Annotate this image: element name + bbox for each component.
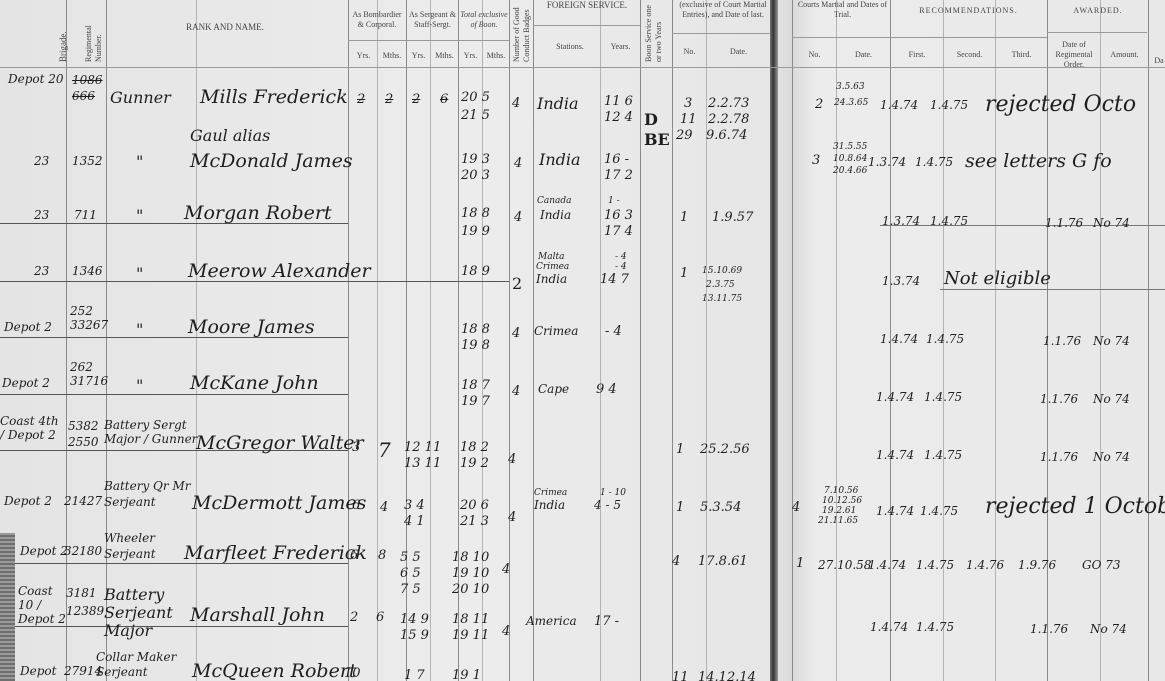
header-sgt-yrs: Yrs. (407, 51, 430, 61)
rank: " (136, 376, 143, 395)
regimental-number: 5382 2550 (68, 418, 106, 450)
defaulter-no-2: 11 (680, 112, 697, 127)
soldier-name: Mills Frederick (200, 86, 348, 108)
cm-no: 4 (792, 500, 800, 515)
badges: 4 (502, 562, 510, 577)
soldier-name: Marfleet Frederick (184, 542, 367, 564)
bomb-yrs: 6 (352, 498, 360, 513)
cm-no: 2 (815, 97, 823, 112)
station-2: Crimea (536, 262, 569, 272)
brigade: Depot 2 (2, 376, 50, 390)
bomb-yrs: 3 (352, 440, 360, 455)
header-defaulters: (exclusive of Court Martial Entries), an… (676, 0, 770, 20)
header-awarded: AWARDED. (1048, 6, 1148, 16)
header-total-mths: Mths. (483, 51, 509, 61)
remark: see letters G fo (965, 150, 1112, 172)
defaulter-date-1: 2.2.73 (708, 96, 749, 111)
soldier-name: McDermott James (192, 492, 366, 514)
award-amount: No 74 (1093, 392, 1130, 406)
header-rank-and-name: RANK AND NAME. (150, 22, 300, 32)
header-rec-third: Third. (996, 50, 1047, 60)
header-subrule (792, 37, 1047, 38)
header-as-bombardier: As Bombardier & Corporal. (349, 10, 405, 30)
bomb-yrs: 6 (350, 548, 358, 563)
badges: 4 (512, 96, 520, 111)
brigade: Depot 2 (20, 544, 68, 558)
column-rule (600, 0, 601, 681)
regimental-number: 262 31716 (70, 360, 106, 388)
brigade: Depot 2 (4, 494, 52, 508)
badges: 4 (502, 624, 510, 639)
rank: Gunner (110, 88, 171, 107)
cm-date-3: 20.4.66 (833, 166, 867, 176)
header-regimental-number: Regimental Number. (84, 17, 104, 62)
station-1: Malta (538, 252, 564, 262)
cm-date-2: 10.12.56 (822, 496, 862, 506)
row-rule (940, 289, 1165, 290)
bomb-mths: 2 (385, 92, 393, 107)
sgt-service-2: 13 11 (404, 456, 441, 471)
cm-date-4: 21.11.65 (818, 516, 858, 526)
award-amount: No 74 (1093, 334, 1130, 348)
header-total: Total exclusive of Boon. (459, 10, 509, 30)
total-service-3: 20 10 (452, 582, 489, 597)
regimental-number: 1352 (72, 154, 103, 168)
award-amount: GO 73 (1082, 558, 1121, 572)
column-rule (509, 0, 510, 681)
years-1: 1 - (608, 196, 620, 206)
remark: Not eligible (944, 268, 1051, 289)
total-service-1: 19 3 (461, 152, 490, 167)
regimental-number: 21427 (64, 494, 102, 508)
rec-second: 1.4.75 (915, 155, 953, 169)
sgt-service-2: 4 1 (404, 514, 425, 529)
defaulter-no: 1 (676, 500, 684, 515)
brigade: 23 (34, 154, 49, 168)
total-service-1: 18 11 (452, 612, 489, 627)
bomb-mths: 6 (376, 610, 384, 625)
alias: Gaul alias (190, 126, 270, 145)
cm-date-2: 10.8.64 (833, 154, 867, 164)
rec-first: 1.4.74 (880, 98, 918, 112)
column-rule (706, 0, 707, 681)
sgt-service-3: 7 5 (400, 582, 421, 597)
header-subrule (672, 33, 770, 34)
badges: 4 (508, 510, 516, 525)
total-service-1: 18 2 (460, 440, 489, 455)
badges: 4 (508, 452, 516, 467)
cm-date-2: 24.3.65 (834, 98, 868, 108)
header-rec-second: Second. (944, 50, 995, 60)
column-rule (196, 0, 197, 681)
station: India (537, 94, 579, 113)
years: 17 - (594, 614, 619, 629)
total-service-1: 20 5 (461, 90, 490, 105)
station: India (539, 150, 581, 169)
total-service-2: 21 3 (460, 514, 489, 529)
regimental-number: 32180 (64, 544, 102, 558)
rank: " (136, 152, 143, 171)
regimental-number: 711 (74, 208, 97, 222)
rec-third: 1.4.76 (966, 558, 1004, 572)
award-date: 1.1.76 (1040, 450, 1078, 464)
bomb-yrs: 2 (357, 92, 365, 107)
soldier-name: McDonald James (190, 150, 353, 172)
header-bomb-mths: Mths. (378, 51, 406, 61)
total-service-1: 18 8 (461, 206, 490, 221)
rec-first: 1.3.74 (882, 214, 920, 228)
column-rule (106, 0, 107, 681)
column-rule (792, 0, 793, 681)
total-service-2: 20 3 (461, 168, 490, 183)
badges: 4 (514, 210, 522, 225)
header-brigade: Brigade. (58, 31, 68, 62)
rank: Battery Serjeant Major (104, 586, 200, 640)
rec-second: 1.4.75 (924, 448, 962, 462)
defaulter-date-3: 13.11.75 (702, 294, 742, 304)
total-service-1: 20 6 (460, 498, 489, 513)
brigade: Depot 20 (8, 72, 64, 86)
column-rule (672, 0, 673, 681)
brigade: 23 (34, 264, 49, 278)
defaulter-no: 4 (672, 554, 680, 569)
rec-second: 1.4.75 (916, 558, 954, 572)
award-date: 1.1.76 (1045, 216, 1083, 230)
total-service-1: 18 10 (452, 550, 489, 565)
soldier-name: Moore James (188, 316, 315, 338)
years-3: 17 4 (604, 224, 633, 239)
header-total-yrs: Yrs. (459, 51, 482, 61)
years-1: 11 6 (604, 94, 633, 109)
station: Crimea (534, 324, 578, 338)
bomb-yrs: 2 (350, 610, 358, 625)
remark: rejected 1 Octobe (985, 494, 1165, 519)
soldier-name: Marshall John (190, 604, 325, 626)
rec-first: 1.4.74 (880, 332, 918, 346)
column-rule (66, 0, 67, 681)
years-3: 14 7 (600, 272, 629, 287)
total-service-2: 21 5 (461, 108, 490, 123)
defaulter-date: 1.9.57 (712, 210, 753, 225)
header-cm-date: Date. (837, 50, 890, 60)
rec-second: 1.4.75 (926, 332, 964, 346)
award-date: 1.9.76 (1018, 558, 1056, 572)
regimental-number: 1346 (72, 264, 103, 278)
header-boon-service: Boon Service one or two Years (644, 2, 664, 62)
rec-first: 1.3.74 (882, 274, 920, 288)
defaulter-date-1: 15.10.69 (702, 266, 742, 276)
column-rule (348, 0, 349, 681)
soldier-name: Morgan Robert (184, 202, 332, 224)
defaulter-date-2: 2.3.75 (706, 280, 735, 290)
header-stations: Stations. (540, 42, 600, 52)
total-service: 19 1 (452, 668, 481, 681)
total-service-1: 18 7 (461, 378, 490, 393)
years-1: 1 - 10 (600, 488, 626, 498)
soldier-name: Meerow Alexander (188, 260, 371, 282)
header-years: Years. (601, 42, 640, 52)
soldier-name: McKane John (190, 372, 319, 394)
total-service: 18 9 (461, 264, 490, 279)
award-date: 1.1.76 (1040, 392, 1078, 406)
header-courts-martial: Courts Martial and Dates of Trial. (795, 0, 890, 20)
defaulter-date: 5.3.54 (700, 500, 741, 515)
boon-mark: D BE (644, 110, 670, 150)
defaulter-no: 1 (676, 442, 684, 457)
rank: Battery Sergt Major / Gunner (104, 418, 200, 446)
defaulter-no: 11 (672, 670, 689, 681)
badges: 4 (512, 384, 520, 399)
years-2: 17 2 (604, 168, 633, 183)
cm-date-1: 7.10.56 (824, 486, 858, 496)
header-amount: Amount. (1101, 50, 1148, 60)
header-defaulter-date: Date. (707, 47, 770, 57)
cm-date: 27.10.58 (818, 558, 871, 572)
brigade: 23 (34, 208, 49, 222)
cm-date-1: 3.5.63 (836, 82, 865, 92)
column-rule (430, 0, 431, 681)
header-foreign-service: FOREIGN SERVICE. (534, 0, 640, 10)
defaulter-date: 17.8.61 (698, 554, 748, 569)
cm-date-3: 19.2.61 (822, 506, 856, 516)
book-spine (770, 0, 778, 681)
sgt-service: 1 7 (404, 668, 425, 681)
soldier-name: McQueen Robert (192, 660, 357, 681)
years-2: 16 3 (604, 208, 633, 223)
sgt-service-1: 14 9 (400, 612, 429, 627)
remark: rejected Octo (985, 92, 1136, 117)
rec-second: 1.4.75 (924, 390, 962, 404)
years-1: 16 - (604, 152, 629, 167)
total-service-2: 19 9 (461, 224, 490, 239)
station: America (526, 614, 577, 628)
rec-second: 1.4.75 (920, 504, 958, 518)
rank: " (136, 206, 143, 225)
header-recommendations: RECOMMENDATIONS. (890, 6, 1047, 16)
bomb-mths: 4 (380, 500, 388, 515)
cm-no: 1 (796, 556, 804, 571)
sgt-service-1: 3 4 (404, 498, 425, 513)
total-service-2: 19 8 (461, 338, 490, 353)
years-2: - 4 (615, 262, 627, 272)
cm-date-1: 31.5.55 (833, 142, 867, 152)
header-defaulter-no: No. (673, 47, 706, 57)
years: 9 4 (596, 382, 617, 397)
regimental-number: 1086 666 (72, 72, 106, 104)
rec-first: 1.4.74 (876, 390, 914, 404)
header-as-sergeant: As Sergeant & Staff-Sergt. (407, 10, 458, 30)
header-subrule (1047, 32, 1147, 33)
defaulter-no: 1 (680, 266, 688, 281)
bomb-mths: 8 (378, 548, 386, 563)
header-sgt-mths: Mths. (431, 51, 458, 61)
header-good-conduct-badges: Number of Good Conduct Badges (512, 2, 532, 62)
header-cut-off: Da (1152, 56, 1165, 66)
cm-no: 3 (812, 153, 820, 168)
rec-second: 1.4.75 (930, 214, 968, 228)
column-rule (1148, 0, 1149, 681)
header-cm-no: No. (793, 50, 836, 60)
sgt-mths: 6 (440, 92, 448, 107)
ledger-page: Brigade. Regimental Number. RANK AND NAM… (0, 0, 1165, 681)
years-2: 12 4 (604, 110, 633, 125)
badges: 4 (512, 326, 520, 341)
header-bomb-yrs: Yrs. (350, 51, 377, 61)
total-service-2: 19 2 (460, 456, 489, 471)
defaulter-date: 25.2.56 (700, 442, 750, 457)
defaulter-date-3: 9.6.74 (706, 128, 747, 143)
years: - 4 (605, 324, 622, 339)
defaulter-no: 1 (680, 210, 688, 225)
sgt-service-2: 6 5 (400, 566, 421, 581)
award-amount: No 74 (1090, 622, 1127, 636)
total-service-2: 19 11 (452, 628, 489, 643)
rank: " (136, 320, 143, 339)
sgt-service-2: 15 9 (400, 628, 429, 643)
award-amount: No 74 (1093, 450, 1130, 464)
award-amount: No 74 (1093, 216, 1130, 230)
column-rule (533, 0, 534, 681)
station: Cape (538, 382, 569, 396)
station-2: India (540, 208, 571, 222)
rec-first: 1.3.74 (868, 155, 906, 169)
bomb-mths: 7 (378, 438, 391, 462)
column-rule (377, 0, 378, 681)
sgt-service-1: 5 5 (400, 550, 421, 565)
badges: 4 (514, 156, 522, 171)
header-subrule (533, 25, 640, 26)
brigade: Depot (20, 664, 56, 678)
brigade: Coast 10 / Depot 2 (18, 584, 66, 626)
sgt-yrs: 2 (412, 92, 420, 107)
station-2: India (534, 498, 565, 512)
rec-second: 1.4.75 (930, 98, 968, 112)
station-3: India (536, 272, 567, 286)
header-rec-first: First. (891, 50, 943, 60)
award-date: 1.1.76 (1030, 622, 1068, 636)
page-edge (0, 533, 15, 681)
rec-second: 1.4.75 (916, 620, 954, 634)
row-rule (0, 394, 348, 395)
header-subrule (348, 40, 509, 41)
brigade: Depot 2 (4, 320, 52, 334)
defaulter-no-3: 29 (676, 128, 693, 143)
award-date: 1.1.76 (1043, 334, 1081, 348)
total-service-1: 18 8 (461, 322, 490, 337)
defaulter-date: 14.12.14 (698, 670, 756, 681)
years-1: - 4 (615, 252, 627, 262)
rec-first: 1.4.74 (876, 448, 914, 462)
station-1: Crimea (534, 488, 567, 498)
rank: Battery Qr Mr Serjeant (104, 478, 200, 510)
regimental-number: 3181 12389 (66, 584, 106, 620)
rec-first: 1.4.74 (876, 504, 914, 518)
column-rule (640, 0, 641, 681)
rank: Collar Maker Serjeant (96, 650, 200, 680)
years-2: 4 - 5 (594, 498, 621, 512)
sgt-service-1: 12 11 (404, 440, 441, 455)
rank: " (136, 264, 143, 283)
badges: 2 (512, 274, 522, 293)
total-service-2: 19 7 (461, 394, 490, 409)
total-service-2: 19 10 (452, 566, 489, 581)
rec-first: 1.4.74 (870, 620, 908, 634)
bomb-yrs: 10 (344, 666, 361, 681)
header-rule (0, 67, 1165, 68)
defaulter-date-2: 2.2.78 (708, 112, 749, 127)
brigade: Coast 4th / Depot 2 (0, 414, 66, 442)
soldier-name: McGregor Walter (196, 432, 364, 454)
regimental-number: 252 33267 (70, 304, 106, 332)
rec-first: 1.4.74 (868, 558, 906, 572)
defaulter-no-1: 3 (684, 96, 692, 111)
station-1: Canada (537, 196, 572, 206)
header-date-regimental-order: Date of Regimental Order. (1048, 40, 1100, 70)
